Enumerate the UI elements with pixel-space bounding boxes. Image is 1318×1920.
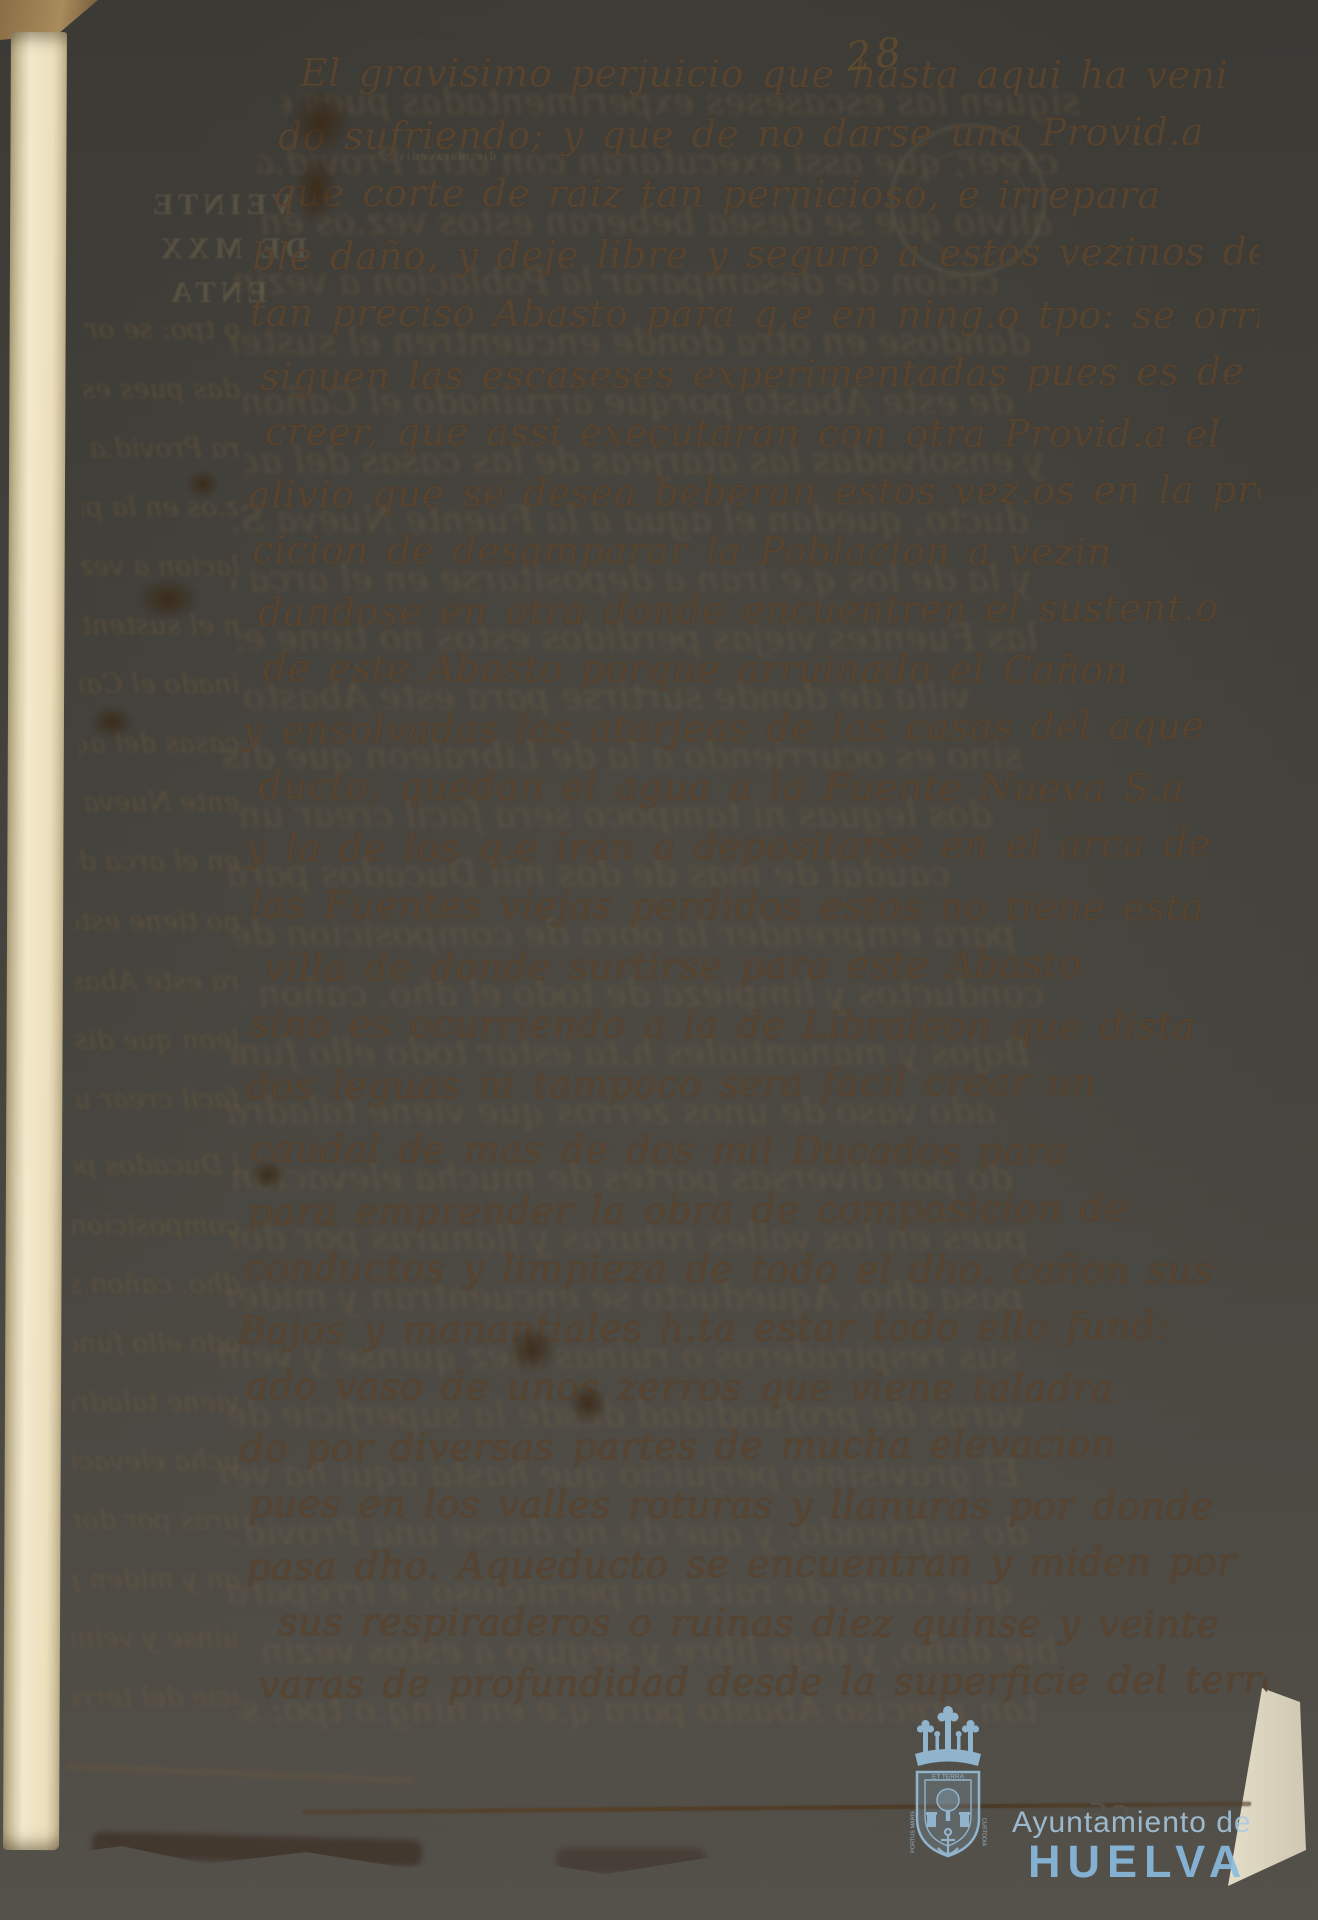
edge-smudge bbox=[556, 1848, 706, 1874]
manuscript-line: tan preciso Abasto para q.e en ning.o tp… bbox=[250, 291, 1267, 338]
margin-bleed-fragment: no tiene esta bbox=[72, 906, 240, 937]
manuscript-line: do sufriendo; y que de no darse una Prov… bbox=[278, 110, 1204, 159]
manuscript-line: pues en los valles roturas y llanuras po… bbox=[248, 1482, 1214, 1529]
manuscript-line: ado vaso de unos zerros que viene taladr… bbox=[246, 1364, 1114, 1410]
neighbor-page-edge bbox=[3, 32, 67, 1850]
manuscript-line: conductos y limpieza de todo el dho. cañ… bbox=[244, 1246, 1213, 1293]
manuscript-line: ducto, quedan el agua a la Fuente Nueva … bbox=[258, 764, 1185, 810]
manuscript-line: que corte de raiz tan pernicioso, e irre… bbox=[272, 171, 1161, 217]
folio-number: 28 bbox=[844, 29, 907, 81]
ink-blot bbox=[90, 706, 134, 738]
manuscript-line: pasa dho. Aqueducto se encuentran y mide… bbox=[246, 1539, 1236, 1588]
manuscript-line: de este Abasto porque arruinado el Cañon bbox=[263, 646, 1129, 692]
margin-bleed-fragment: ente Nueva S.a bbox=[72, 787, 240, 818]
manuscript-line: siguen las escaseses experimentadas pues… bbox=[260, 349, 1245, 398]
margin-bleed-fragment: ra Provid.a el bbox=[72, 433, 240, 464]
manuscript-line: Bajos y manantiales h.ta estar todo ello… bbox=[238, 1304, 1169, 1353]
margin-bleed-fragment: l Ducados para bbox=[72, 1150, 240, 1181]
manuscript-line: las Fuentes viejas perdidos estos no tie… bbox=[250, 883, 1205, 929]
manuscript-line: ble daño, y deje libre y seguro a estos … bbox=[252, 229, 1271, 278]
margin-bleed-fragment: leon que dista bbox=[72, 1025, 240, 1056]
manuscript-line: para emprender la obra de composicion de bbox=[248, 1186, 1128, 1235]
ink-blot bbox=[508, 1326, 556, 1374]
edge-smudge bbox=[92, 1832, 423, 1867]
margin-bleed-fragment: lacion a vezin bbox=[72, 551, 240, 582]
margin-bleed-fragment: viene taladra bbox=[72, 1387, 240, 1418]
manuscript-line: y ensolvadas las atarjeas de las casas d… bbox=[242, 703, 1205, 752]
margin-bleed-fragment: das pues es de bbox=[72, 374, 240, 405]
margin-bleed-fragment: icie del terre bbox=[72, 1682, 240, 1713]
margin-bleed-fragment: uinse y veinte bbox=[72, 1623, 240, 1654]
manuscript-line: cicion de desamparar la Poblacion a vezi… bbox=[252, 528, 1112, 574]
margin-bleed-fragment: uras por donde bbox=[72, 1505, 240, 1536]
margin-bleed-fragment: inado el Cañon bbox=[72, 669, 240, 700]
manuscript-line: dandose en otra donde encuentren el sust… bbox=[258, 585, 1219, 634]
margin-bleed-fragment: en el arca de bbox=[72, 846, 240, 877]
manuscript-line: villa de donde surtirse para este Abasto bbox=[264, 942, 1082, 990]
ink-smear bbox=[64, 1763, 416, 1785]
margin-bleed-fragment: odo ello fund: bbox=[72, 1328, 240, 1359]
pencil-page-number: 32 bbox=[1084, 1795, 1136, 1840]
archive-scan: VEINTE DE MXX ENTA · die maravedis · sig… bbox=[0, 0, 1318, 1920]
margin-bleed-fragment: composicion de bbox=[72, 1210, 240, 1241]
ink-blot bbox=[186, 470, 220, 498]
manuscript-line: dos leguas ni tampoco sera facil crear u… bbox=[246, 1060, 1097, 1108]
ink-blot bbox=[568, 1384, 608, 1424]
manuscript-line: y la de los q.e iran a depositarse en el… bbox=[246, 821, 1212, 870]
ink-blot bbox=[296, 152, 336, 224]
ink-blot bbox=[250, 1160, 286, 1190]
margin-bleed-fragment: facil crear un bbox=[72, 1084, 240, 1115]
manuscript-line: varas de profundidad desde la superficie… bbox=[258, 1657, 1285, 1706]
margin-bleed-fragment: dho. cañon sus bbox=[72, 1269, 240, 1300]
margin-bleed-fragment: z.os en la pre bbox=[72, 492, 240, 523]
manuscript-line: creer, que assi executaran con otra Prov… bbox=[265, 410, 1221, 457]
manuscript-page: VEINTE DE MXX ENTA · die maravedis · sig… bbox=[0, 0, 1318, 1920]
margin-bleed-fragment: ra este Abasto bbox=[72, 966, 240, 997]
manuscript-line: sino es ocurriendo a la de Libraleon que… bbox=[250, 1002, 1196, 1048]
manuscript-line: caudal de mas de dos mil Ducados para bbox=[250, 1127, 1068, 1173]
margin-bleed-fragment: ucha elevacion bbox=[72, 1446, 240, 1477]
manuscript-line: sus respiraderos o ruinas diez quinse y … bbox=[278, 1600, 1219, 1646]
ink-blot bbox=[292, 90, 350, 154]
manuscript-line: do por diversas partes de mucha elevacio… bbox=[240, 1422, 1116, 1471]
margin-bleed-fragment: an y miden por bbox=[72, 1564, 240, 1595]
margin-bleed-fragment: o tpo: se orri bbox=[72, 314, 240, 345]
ink-blot bbox=[136, 578, 200, 620]
manuscript-line: alivio que se desea beberan estos vez.os… bbox=[248, 467, 1279, 516]
manuscript-line: El gravisimo perjuicio que hasta aqui ha… bbox=[300, 51, 1228, 97]
